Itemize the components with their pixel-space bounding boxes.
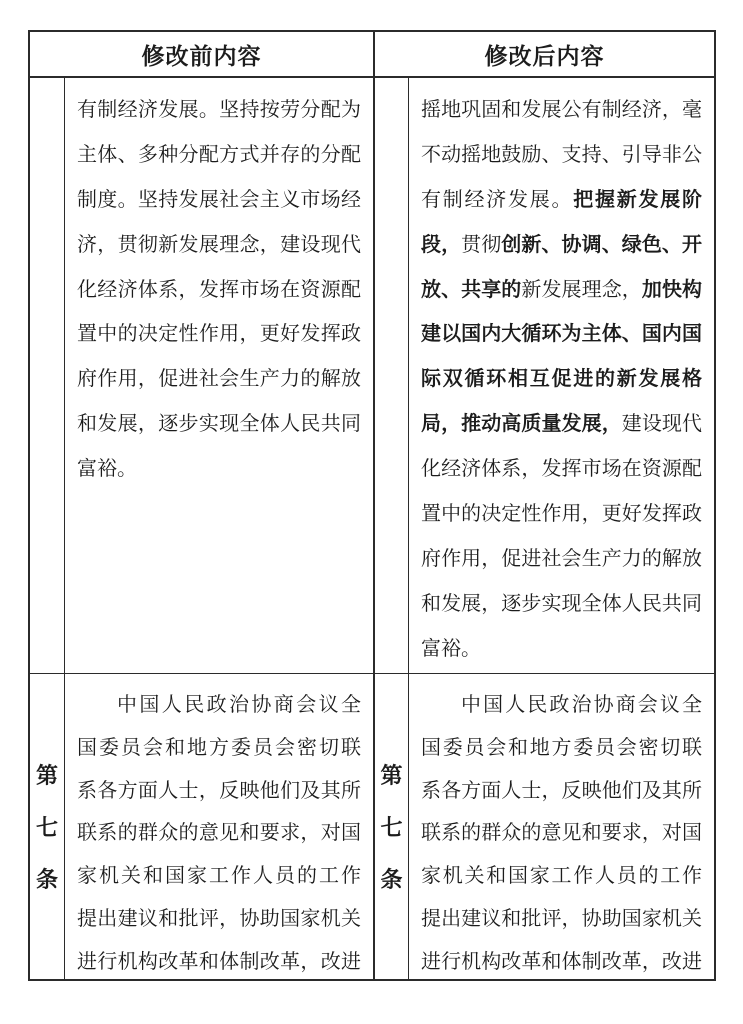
revision-comparison-table: 修改前内容 修改后内容 有制经济发展。坚持按劳分配为主体、多种分配方式并存的分配… xyxy=(28,30,716,981)
text-line: 济，贯彻新发展理念，建设现代 xyxy=(77,223,361,268)
inserted-text-run: 创新、协调、绿色、开 xyxy=(501,234,702,256)
text-line: 中国人民政治协商会议全 xyxy=(77,684,361,727)
text-run: 和发展，逐步实现全体人民共同 xyxy=(421,593,702,615)
text-run: 化经济体系，发挥市场在资源配 xyxy=(421,458,702,480)
text-line: 置中的决定性作用，更好发挥政 xyxy=(77,312,361,357)
text-run: 进行机构改革和体制改革，改进 xyxy=(77,951,361,973)
text-line: 富裕。 xyxy=(77,447,361,492)
article-seven-label-after: 第七条 xyxy=(375,674,409,979)
text-line: 系各方面人士，反映他们及其所 xyxy=(77,770,361,813)
article-label-char: 七 xyxy=(380,811,402,842)
article-label-cell-after-empty xyxy=(375,78,409,674)
text-run: 富裕。 xyxy=(421,638,481,660)
document-page: 修改前内容 修改后内容 有制经济发展。坚持按劳分配为主体、多种分配方式并存的分配… xyxy=(0,0,743,1024)
text-line: 府作用，促进社会生产力的解放 xyxy=(77,357,361,402)
text-run: 有制经济发展。 xyxy=(421,189,573,211)
text-run: 和发展，逐步实现全体人民共同 xyxy=(77,413,361,435)
text-run: 国委员会和地方委员会密切联 xyxy=(77,737,361,759)
text-line: 国委员会和地方委员会密切联 xyxy=(421,727,702,770)
inserted-text-run: 段， xyxy=(421,234,461,256)
text-line: 放、共享的新发展理念，加快构 xyxy=(421,268,702,313)
text-line: 制度。坚持发展社会主义市场经 xyxy=(77,178,361,223)
inserted-text-run: 加快构 xyxy=(642,279,702,301)
text-run: 家机关和国家工作人员的工作 xyxy=(421,865,702,887)
text-line: 家机关和国家工作人员的工作 xyxy=(77,855,361,898)
text-run: 提出建议和批评，协助国家机关 xyxy=(77,908,361,930)
inserted-text-run: 建以国内大循环为主体、国内国 xyxy=(421,323,702,345)
text-line: 摇地巩固和发展公有制经济，毫 xyxy=(421,88,702,133)
text-run: 系各方面人士，反映他们及其所 xyxy=(421,780,702,802)
text-line: 提出建议和批评，协助国家机关 xyxy=(421,898,702,941)
text-line: 段，贯彻创新、协调、绿色、开 xyxy=(421,223,702,268)
text-line: 家机关和国家工作人员的工作 xyxy=(421,855,702,898)
content-cell-before-row1: 有制经济发展。坚持按劳分配为主体、多种分配方式并存的分配制度。坚持发展社会主义市… xyxy=(65,78,375,674)
text-run: 化经济体系，发挥市场在资源配 xyxy=(77,279,361,301)
text-line: 际双循环相互促进的新发展格 xyxy=(421,357,702,402)
text-run: 不动摇地鼓励、支持、引导非公 xyxy=(421,144,702,166)
text-line: 有制经济发展。把握新发展阶 xyxy=(421,178,702,223)
text-line: 联系的群众的意见和要求，对国 xyxy=(77,812,361,855)
article-label-char: 第 xyxy=(380,759,402,790)
text-run: 有制经济发展。坚持按劳分配为 xyxy=(77,99,361,121)
text-line: 置中的决定性作用，更好发挥政 xyxy=(421,492,702,537)
text-run: 联系的群众的意见和要求，对国 xyxy=(421,822,702,844)
text-line: 中国人民政治协商会议全 xyxy=(421,684,702,727)
text-run: 置中的决定性作用，更好发挥政 xyxy=(77,323,361,345)
header-before-revision: 修改前内容 xyxy=(30,32,375,78)
article-seven-label-before: 第七条 xyxy=(30,674,65,979)
text-run: 府作用，促进社会生产力的解放 xyxy=(77,368,361,390)
text-run: 进行机构改革和体制改革，改进 xyxy=(421,951,702,973)
text-line: 进行机构改革和体制改革，改进 xyxy=(421,941,702,979)
text-line: 提出建议和批评，协助国家机关 xyxy=(77,898,361,941)
text-line: 不动摇地鼓励、支持、引导非公 xyxy=(421,133,702,178)
text-run: 制度。坚持发展社会主义市场经 xyxy=(77,189,361,211)
text-line: 和发展，逐步实现全体人民共同 xyxy=(421,582,702,627)
text-line: 有制经济发展。坚持按劳分配为 xyxy=(77,88,361,133)
text-run: 府作用，促进社会生产力的解放 xyxy=(421,548,702,570)
article-label-cell-before-empty xyxy=(30,78,65,674)
article-label-char: 条 xyxy=(36,863,58,894)
text-run: 新发展理念， xyxy=(521,279,641,301)
text-run: 国委员会和地方委员会密切联 xyxy=(421,737,702,759)
text-run: 富裕。 xyxy=(77,458,137,480)
text-run: 济，贯彻新发展理念，建设现代 xyxy=(77,234,361,256)
text-line: 化经济体系，发挥市场在资源配 xyxy=(421,447,702,492)
article-label-char: 条 xyxy=(380,863,402,894)
content-cell-after-row2: 中国人民政治协商会议全国委员会和地方委员会密切联系各方面人士，反映他们及其所联系… xyxy=(409,674,714,979)
text-line: 系各方面人士，反映他们及其所 xyxy=(421,770,702,813)
text-run: 中国人民政治协商会议全 xyxy=(461,694,702,716)
text-run: 家机关和国家工作人员的工作 xyxy=(77,865,361,887)
text-line: 建以国内大循环为主体、国内国 xyxy=(421,312,702,357)
text-line: 局，推动高质量发展，建设现代 xyxy=(421,402,702,447)
inserted-text-run: 际双循环相互促进的新发展格 xyxy=(421,368,702,390)
header-after-revision: 修改后内容 xyxy=(375,32,714,78)
article-label-char: 第 xyxy=(36,759,58,790)
text-run: 系各方面人士，反映他们及其所 xyxy=(77,780,361,802)
content-cell-after-row1: 摇地巩固和发展公有制经济，毫不动摇地鼓励、支持、引导非公有制经济发展。把握新发展… xyxy=(409,78,714,674)
inserted-text-run: 把握新发展阶 xyxy=(573,189,702,211)
text-line: 和发展，逐步实现全体人民共同 xyxy=(77,402,361,447)
text-run: 贯彻 xyxy=(461,234,501,256)
text-line: 化经济体系，发挥市场在资源配 xyxy=(77,268,361,313)
article-label-char: 七 xyxy=(36,811,58,842)
text-line: 国委员会和地方委员会密切联 xyxy=(77,727,361,770)
text-run: 提出建议和批评，协助国家机关 xyxy=(421,908,702,930)
text-line: 富裕。 xyxy=(421,627,702,672)
text-run: 摇地巩固和发展公有制经济，毫 xyxy=(421,99,702,121)
content-cell-before-row2: 中国人民政治协商会议全国委员会和地方委员会密切联系各方面人士，反映他们及其所联系… xyxy=(65,674,375,979)
text-run: 主体、多种分配方式并存的分配 xyxy=(77,144,361,166)
text-run: 置中的决定性作用，更好发挥政 xyxy=(421,503,702,525)
text-line: 联系的群众的意见和要求，对国 xyxy=(421,812,702,855)
text-run: 联系的群众的意见和要求，对国 xyxy=(77,822,361,844)
text-line: 进行机构改革和体制改革，改进 xyxy=(77,941,361,979)
text-line: 府作用，促进社会生产力的解放 xyxy=(421,537,702,582)
inserted-text-run: 放、共享的 xyxy=(421,279,521,301)
text-run: 建设现代 xyxy=(622,413,702,435)
text-line: 主体、多种分配方式并存的分配 xyxy=(77,133,361,178)
inserted-text-run: 局，推动高质量发展， xyxy=(421,413,622,435)
text-run: 中国人民政治协商会议全 xyxy=(117,694,361,716)
